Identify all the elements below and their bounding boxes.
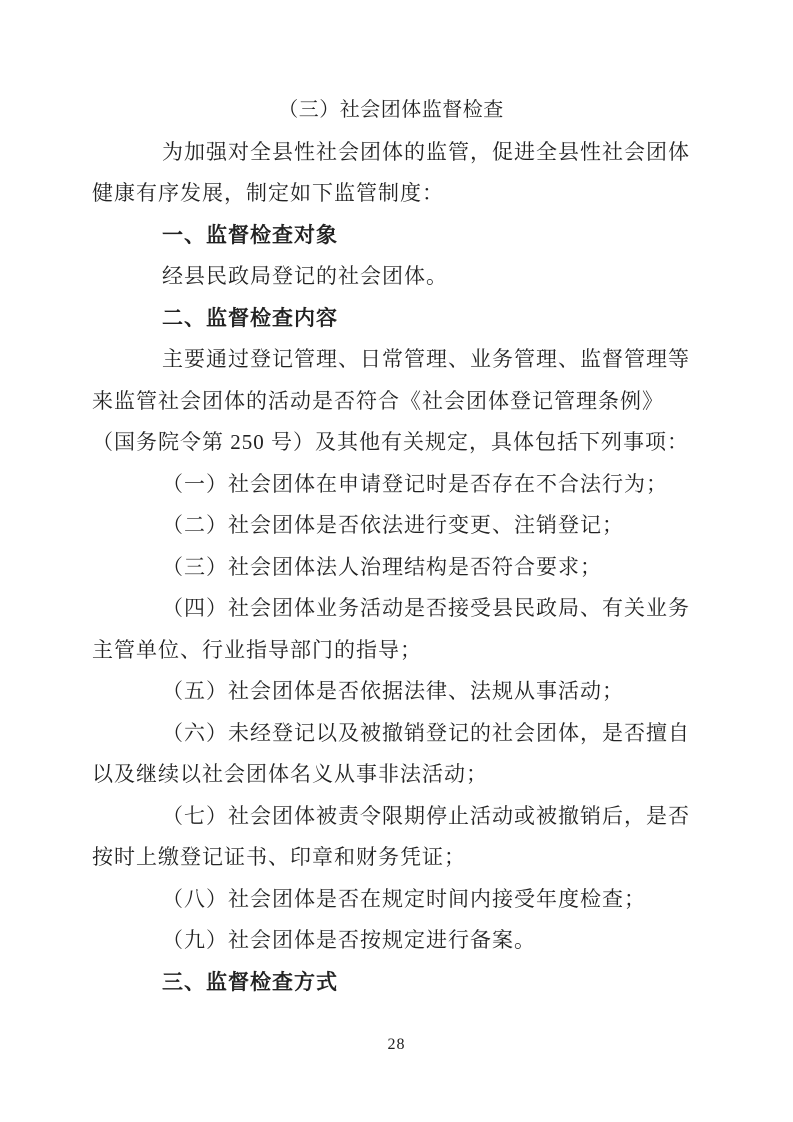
document-content: （三）社会团体监督检查 为加强对全县性社会团体的监管，促进全县性社会团体 健康有… (92, 90, 690, 1003)
list-item-1: （一）社会团体在申请登记时是否存在不合法行为； (92, 464, 690, 506)
heading-supervision-target: 一、监督检查对象 (92, 215, 690, 257)
list-item-3: （三）社会团体法人治理结构是否符合要求； (92, 547, 690, 589)
paragraph-content-intro: 主要通过登记管理、日常管理、业务管理、监督管理等 来监管社会团体的活动是否符合《… (92, 339, 690, 464)
list-item-8: （八）社会团体是否在规定时间内接受年度检查； (92, 879, 690, 921)
heading-supervision-content: 二、监督检查内容 (92, 298, 690, 340)
heading-supervision-method: 三、监督检查方式 (92, 962, 690, 1004)
list-item-5: （五）社会团体是否依据法律、法规从事活动； (92, 671, 690, 713)
list-item-6: （六）未经登记以及被撤销登记的社会团体，是否擅自 以及继续以社会团体名义从事非法… (92, 713, 690, 796)
paragraph-target-scope: 经县民政局登记的社会团体。 (92, 256, 690, 298)
list-item-9: （九）社会团体是否按规定进行备案。 (92, 920, 690, 962)
document-page: （三）社会团体监督检查 为加强对全县性社会团体的监管，促进全县性社会团体 健康有… (0, 0, 793, 1122)
list-item-7: （七）社会团体被责令限期停止活动或被撤销后，是否 按时上缴登记证书、印章和财务凭… (92, 796, 690, 879)
page-number: 28 (0, 1036, 793, 1054)
intro-paragraph: 为加强对全县性社会团体的监管，促进全县性社会团体 健康有序发展，制定如下监管制度… (92, 132, 690, 215)
section-title: （三）社会团体监督检查 (92, 90, 690, 132)
list-item-4: （四）社会团体业务活动是否接受县民政局、有关业务 主管单位、行业指导部门的指导； (92, 588, 690, 671)
list-item-2: （二）社会团体是否依法进行变更、注销登记； (92, 505, 690, 547)
